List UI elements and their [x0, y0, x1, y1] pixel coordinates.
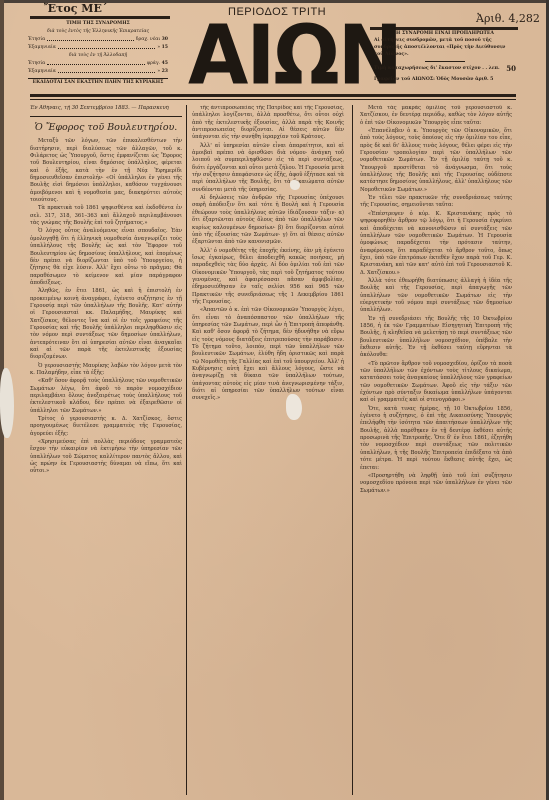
- paragraph: Τὰ πρακτικὰ τοῦ 1861 ψηφισθέντα καὶ ἐκδο…: [30, 205, 182, 227]
- paragraph: «Ἐπέστρεψεν ὁ κύρ. Κ. Κριστανάκης πρὸς τ…: [360, 211, 512, 277]
- notice-title: Η ΣΥΝΔΡΟΜΗ ΕΙΝΑΙ ΠΡΟΠΛΗΡΩΤΕΑ: [374, 30, 516, 37]
- paper-tear: [290, 180, 300, 190]
- subscription-title: ΤΙΜΗ ΤΗΣ ΣΥΝΔΡΟΜΗΣ: [28, 20, 168, 28]
- issue-number: Ἀριθ. 4,282: [476, 12, 540, 25]
- price-row: Ἑξαμηνιαία » 23: [28, 68, 168, 76]
- notice-text: Αἱ αἰτήσεις συνδρομῶν, μετὰ τοῦ ποσοῦ τῆ…: [374, 37, 516, 58]
- article-column-2: τῆς ἀντιπροσωπείας τῆς Πατρίδος καὶ τῆς …: [192, 105, 344, 800]
- price-row: Ἑξαμηνιαία » 15: [28, 44, 168, 52]
- paragraph: «Ἐπανέλαβεν ὁ κ. Ὑπουργὸς τῶν Οἰκονομικῶ…: [360, 128, 512, 194]
- paragraph: Ὁ γερουσιαστὴς Μαυρίκης λαβὼν τὸν λόγον …: [30, 363, 182, 378]
- paragraph: «Χρησιμεύσας ἐπὶ πολλὰς περιόδους γραμμα…: [30, 439, 182, 476]
- paragraph: Τρίτος ὁ γερουσιαστὴς κ. Δ. Χατζίσκος, ὅ…: [30, 416, 182, 438]
- domestic-label: διὰ τοὺς ἐντὸς τῆς Ἑλληνικῆς Ἐπικρατείας: [28, 28, 168, 36]
- paragraph: Ἀλλ' αἱ ὑπηρεσίαι αὐτῶν εἶναι ἀπαραίτητο…: [192, 143, 344, 194]
- paragraph: «Καθ' ὅσον ἀφορᾷ τοὺς ὑπαλλήλους τῶν νομ…: [30, 378, 182, 415]
- subscription-box: ΤΙΜΗ ΤΗΣ ΣΥΝΔΡΟΜΗΣ διὰ τοὺς ἐντὸς τῆς Ἑλ…: [28, 20, 168, 87]
- paragraph: Ὁ λόγος οὗτος ἀναλυόμενος εἶναι σπουδαῖο…: [30, 228, 182, 287]
- paragraph: «Προσηρτήθη νὰ ληφθῇ ὑπὸ τοῦ ἐπὶ συζήτησ…: [360, 473, 512, 495]
- paragraph: Ἐν τῇ συνεδριάσει τῆς Βουλῆς τῆς 10 Ὀκτω…: [360, 316, 512, 360]
- masthead-bottom-rule: [30, 94, 516, 97]
- article-column-3: Μετὰ τὰς μακρὰς ὁμιλίας τοῦ γερουσιαστοῦ…: [360, 105, 512, 800]
- article-column-1: Ἐν Ἀθήναις, τῇ 30 Σεπτεμβρίου 1883. — Πα…: [30, 105, 182, 800]
- dateline: Ἐν Ἀθήναις, τῇ 30 Σεπτεμβρίου 1883. — Πα…: [30, 105, 182, 112]
- price-row: Ἐτησία δραχ. νέαι 30: [28, 36, 168, 44]
- paragraph: «Τὸ πρῶτον ἄρθρον τοῦ νομοσχεδίου, ὁρίζο…: [360, 361, 512, 405]
- paragraph: Ὅτε, κατὰ τινας ἡμέρας, τῇ 10 Ὀκτωβρίου …: [360, 406, 512, 472]
- column-divider: [352, 105, 353, 795]
- paper-tear: [286, 394, 302, 420]
- article-headline: Ὁ Ἔφορος τοῦ Βουλευτηρίου.: [30, 121, 182, 135]
- divider: [30, 16, 170, 19]
- paragraph: Ἐν τέλει τῶν πρακτικῶν τῆς συνεδριάσεως …: [360, 195, 512, 210]
- paragraph: Ἀλλὰ τότε ἐθεωρήθη διατύπωσις ἀλλαγὴ ἡ ἰ…: [360, 278, 512, 315]
- price-row: Ἐτησία φράγ. 45: [28, 60, 168, 68]
- publication-note: ΕΚΔΙΔΟΤΑΙ ΣΑΝ ΕΚΑΣΤΗΝ ΠΛΗΝ ΤΗΣ ΚΥΡΙΑΚΗΣ: [28, 79, 168, 87]
- paragraph: τῆς ἀντιπροσωπείας τῆς Πατρίδος καὶ τῆς …: [192, 105, 344, 142]
- paragraph: Ἀληθῶς, ἐν ἔτει 1861, ὡς καὶ ἡ ἐπιστολὴ …: [30, 288, 182, 361]
- office-address: Γραφεῖον τοῦ ΑΙΩΝΟΣ: Ὁδὸς Μουσῶν ἀριθ. 5: [374, 76, 516, 83]
- paragraph: Μετὰ τὰς μακρὰς ὁμιλίας τοῦ γερουσιαστοῦ…: [360, 105, 512, 127]
- year-label: Ἔτος ΜΕ΄: [44, 2, 107, 15]
- masthead-bottom-rule: [30, 99, 516, 100]
- column-divider: [186, 105, 187, 795]
- paragraph: «Ἀπαντῶν ὁ κ. ἐπὶ τῶν Οἰκονομικῶν Ὑπουργ…: [192, 307, 344, 402]
- paragraph: Ἀλλ' ὁ νομοθέτης τῆς ἐποχῆς ἐκείνης, ἐὰν…: [192, 248, 344, 307]
- masthead-title: ΑΙΩΝ: [188, 20, 360, 91]
- paragraph: Μεταξὺ τῶν λόγων, τῶν ἐπικαλεσθέντων τὴν…: [30, 138, 182, 204]
- foreign-label: διὰ τοὺς ἐν τῇ Ἀλλοδαπῇ: [28, 52, 168, 60]
- paper-tear: [0, 368, 14, 438]
- paragraph: Αἱ δηλώσεις τῶν ἀνδρῶν τῆς Γερουσίας ὑπέ…: [192, 195, 344, 246]
- notice-box: Η ΣΥΝΔΡΟΜΗ ΕΙΝΑΙ ΠΡΟΠΛΗΡΩΤΕΑ Αἱ αἰτήσεις…: [374, 30, 516, 83]
- newspaper-page: Ἔτος ΜΕ΄ ΠΕΡΙΟΔΟΣ ΤΡΙΤΗ Ἀριθ. 4,282 ΤΙΜΗ…: [0, 0, 549, 800]
- ad-rate: Τιμὴ καταχωρήσεως δι' ἕκαστον στίχον . .…: [374, 65, 516, 72]
